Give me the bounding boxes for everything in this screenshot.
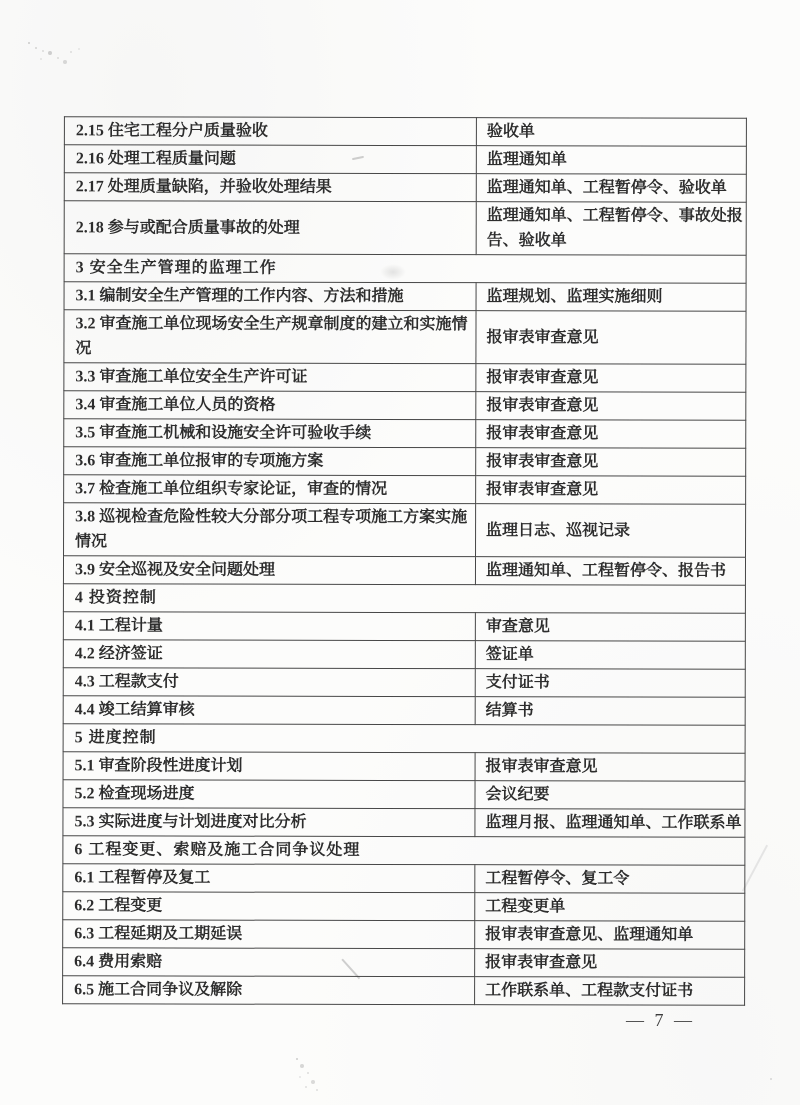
work-item-cell: 3.6 审查施工单位报审的专项施方案 <box>64 447 476 476</box>
work-doc-table-body: 2.15 住宅工程分户质量验收验收单2.16 处理工程质量问题监理通知单2.17… <box>63 117 747 1005</box>
document-cell: 审查意见 <box>475 613 745 642</box>
document-cell: 监理通知单 <box>476 146 746 175</box>
document-cell: 报审表审查意见、监理通知单 <box>475 921 745 950</box>
table-row: 6.3 工程延期及工期延误报审表审查意见、监理通知单 <box>63 920 745 949</box>
document-cell: 会议纪要 <box>475 781 745 810</box>
work-item-cell: 6.2 工程变更 <box>63 892 475 921</box>
work-item-cell: 3.1 编制安全生产管理的工作内容、方法和措施 <box>64 282 476 311</box>
table-row: 2.17 处理质量缺陷，并验收处理结果监理通知单、工程暂停令、验收单 <box>64 173 746 202</box>
table-row: 4.4 竣工结算审核结算书 <box>63 696 745 725</box>
document-cell: 报审表审查意见 <box>475 753 745 782</box>
document-cell: 报审表审查意见 <box>476 311 746 365</box>
table-row: 5.2 检查现场进度会议纪要 <box>63 780 745 809</box>
table-row: 3.9 安全巡视及安全问题处理监理通知单、工程暂停令、报告书 <box>63 556 745 585</box>
table-row: 3.2 审查施工单位现场安全生产规章制度的建立和实施情况报审表审查意见 <box>64 310 746 364</box>
table-row: 2.15 住宅工程分户质量验收验收单 <box>64 117 746 146</box>
section-row: 6 工程变更、索赔及施工合同争议处理 <box>63 836 745 865</box>
document-cell: 支付证书 <box>475 669 745 698</box>
table-row: 3.4 审查施工单位人员的资格报审表审查意见 <box>64 391 746 420</box>
work-item-cell: 3.9 安全巡视及安全问题处理 <box>63 556 475 585</box>
table-row: 4.3 工程款支付支付证书 <box>63 668 745 697</box>
work-item-cell: 5.2 检查现场进度 <box>63 780 475 809</box>
document-cell: 结算书 <box>475 697 745 726</box>
document-cell: 监理通知单、工程暂停令、报告书 <box>475 557 745 586</box>
work-item-cell: 3.5 审查施工机械和设施安全许可验收手续 <box>64 419 476 448</box>
document-cell: 验收单 <box>476 118 746 147</box>
document-cell: 监理通知单、工程暂停令、事故处报告、验收单 <box>476 202 746 256</box>
table-row: 3.6 审查施工单位报审的专项施方案报审表审查意见 <box>64 447 746 476</box>
work-item-cell: 6.4 费用索赔 <box>63 948 475 977</box>
page-number: — 7 — <box>626 1010 695 1031</box>
table-row: 3.8 巡视检查危险性较大分部分项工程专项施工方案实施情况监理日志、巡视记录 <box>64 503 746 557</box>
document-cell: 工作联系单、工程款支付证书 <box>475 977 745 1006</box>
document-cell: 报审表审查意见 <box>475 949 745 978</box>
document-cell: 报审表审查意见 <box>476 364 746 393</box>
section-row: 4 投资控制 <box>63 584 745 613</box>
table-row: 5.1 审查阶段性进度计划报审表审查意见 <box>63 752 745 781</box>
table-row: 2.18 参与或配合质量事故的处理监理通知单、工程暂停令、事故处报告、验收单 <box>64 201 746 255</box>
section-row: 3 安全生产管理的监理工作 <box>64 254 746 283</box>
section-title: 4 投资控制 <box>63 584 745 613</box>
table-row: 6.2 工程变更工程变更单 <box>63 892 745 921</box>
document-cell: 报审表审查意见 <box>476 476 746 505</box>
table-row: 3.5 审查施工机械和设施安全许可验收手续报审表审查意见 <box>64 419 746 448</box>
table-row: 6.1 工程暂停及复工工程暂停令、复工令 <box>63 864 745 893</box>
table-row: 6.4 费用索赔报审表审查意见 <box>63 948 745 977</box>
table-row: 2.16 处理工程质量问题监理通知单 <box>64 145 746 174</box>
table-row: 6.5 施工合同争议及解除工作联系单、工程款支付证书 <box>63 976 745 1005</box>
table-row: 4.1 工程计量审查意见 <box>63 612 745 641</box>
table-row: 3.1 编制安全生产管理的工作内容、方法和措施监理规划、监理实施细则 <box>64 282 746 311</box>
table-row: 4.2 经济签证签证单 <box>63 640 745 669</box>
section-title: 5 进度控制 <box>63 724 745 753</box>
work-item-cell: 3.7 检查施工单位组织专家论证，审查的情况 <box>64 475 476 504</box>
work-item-cell: 4.1 工程计量 <box>63 612 475 641</box>
document-cell: 报审表审查意见 <box>476 392 746 421</box>
work-item-cell: 2.18 参与或配合质量事故的处理 <box>64 201 476 255</box>
work-item-cell: 5.3 实际进度与计划进度对比分析 <box>63 808 475 837</box>
work-item-cell: 3.2 审查施工单位现场安全生产规章制度的建立和实施情况 <box>64 310 476 364</box>
work-item-cell: 2.16 处理工程质量问题 <box>64 145 476 174</box>
document-cell: 监理日志、巡视记录 <box>476 504 746 558</box>
document-cell: 报审表审查意见 <box>476 448 746 477</box>
work-item-cell: 5.1 审查阶段性进度计划 <box>63 752 475 781</box>
document-cell: 监理规划、监理实施细则 <box>476 283 746 312</box>
document-cell: 监理通知单、工程暂停令、验收单 <box>476 174 746 203</box>
work-item-cell: 4.4 竣工结算审核 <box>63 696 475 725</box>
document-cell: 监理月报、监理通知单、工作联系单 <box>475 809 745 838</box>
work-item-cell: 4.3 工程款支付 <box>63 668 475 697</box>
document-cell: 报审表审查意见 <box>476 420 746 449</box>
work-item-cell: 6.1 工程暂停及复工 <box>63 864 475 893</box>
document-cell: 工程暂停令、复工令 <box>475 865 745 894</box>
document-cell: 工程变更单 <box>475 893 745 922</box>
document-page: { "page": { "number_label": "— 7 —" }, "… <box>0 0 800 1105</box>
table-row: 3.3 审查施工单位安全生产许可证报审表审查意见 <box>64 363 746 392</box>
work-item-cell: 2.15 住宅工程分户质量验收 <box>64 117 476 146</box>
scan-artifact-bottom-right-dot <box>770 1078 772 1080</box>
document-cell: 签证单 <box>475 641 745 670</box>
work-item-cell: 3.8 巡视检查危险性较大分部分项工程专项施工方案实施情况 <box>64 503 476 557</box>
section-title: 3 安全生产管理的监理工作 <box>64 254 746 283</box>
work-item-cell: 3.3 审查施工单位安全生产许可证 <box>64 363 476 392</box>
work-item-cell: 2.17 处理质量缺陷，并验收处理结果 <box>64 173 476 202</box>
work-item-cell: 6.5 施工合同争议及解除 <box>63 976 475 1005</box>
section-row: 5 进度控制 <box>63 724 745 753</box>
scan-artifact-top-left-speckles <box>28 42 30 44</box>
supervision-work-document-table: 2.15 住宅工程分户质量验收验收单2.16 处理工程质量问题监理通知单2.17… <box>62 116 747 1005</box>
work-item-cell: 4.2 经济签证 <box>63 640 475 669</box>
table-row: 5.3 实际进度与计划进度对比分析监理月报、监理通知单、工作联系单 <box>63 808 745 837</box>
section-title: 6 工程变更、索赔及施工合同争议处理 <box>63 836 745 865</box>
scan-artifact-bottom-speckles <box>296 1058 298 1060</box>
table-row: 3.7 检查施工单位组织专家论证，审查的情况报审表审查意见 <box>64 475 746 504</box>
scan-artifact-scratch-3 <box>742 845 768 892</box>
work-item-cell: 6.3 工程延期及工期延误 <box>63 920 475 949</box>
work-item-cell: 3.4 审查施工单位人员的资格 <box>64 391 476 420</box>
